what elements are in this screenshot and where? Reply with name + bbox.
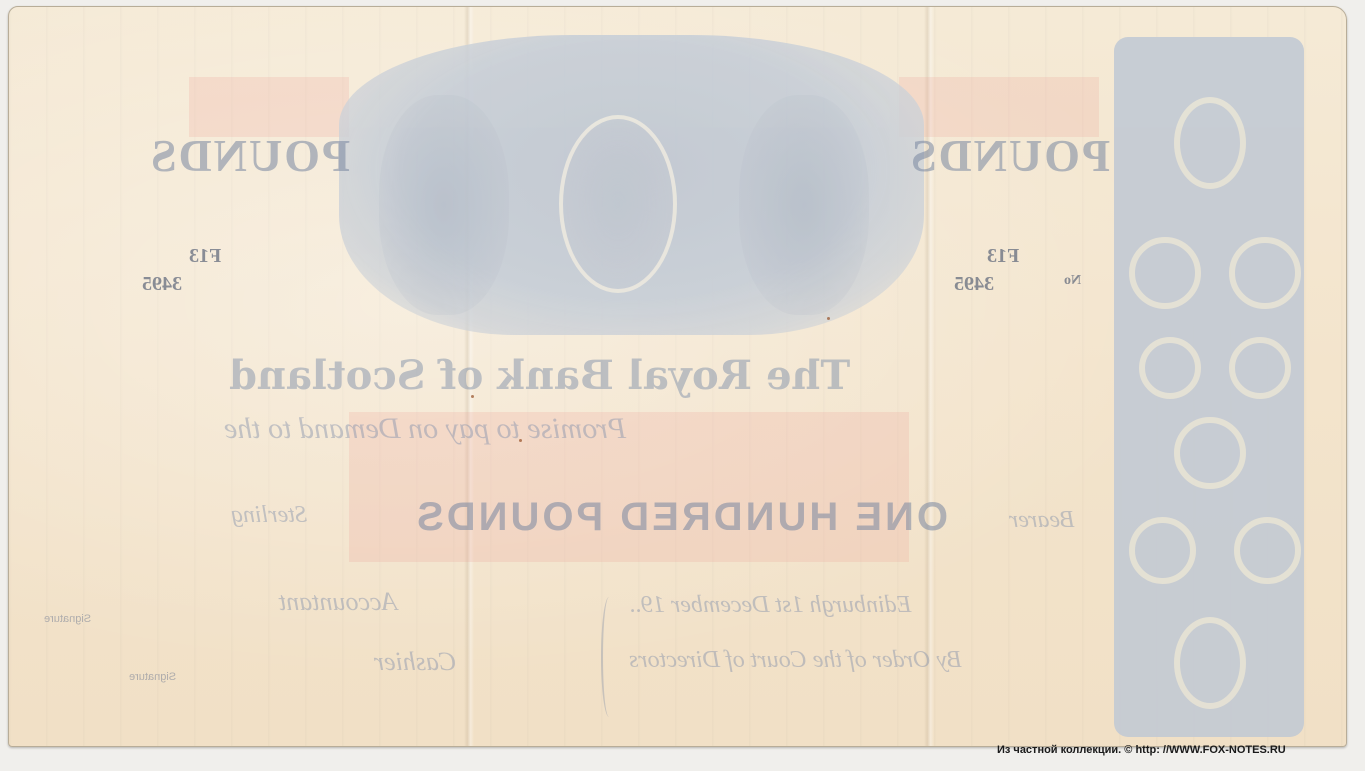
pounds-left: POUNDS <box>149 129 350 182</box>
central-vignette <box>339 35 924 335</box>
ornamental-side-panel <box>1114 37 1304 737</box>
serial-prefix-left: F13 <box>189 245 221 268</box>
by-order-line: By Order of the Court of Directors <box>629 647 962 674</box>
promise-line: Promise to pay on Demand to the <box>224 412 626 446</box>
signature-label-left-1: Signature <box>44 613 91 625</box>
signature-accountant: Accountant <box>279 587 397 617</box>
foxing-spot <box>827 317 830 320</box>
ornament-scroll <box>1174 97 1246 189</box>
banknote-reverse: POUNDS POUNDS F13 3495 F13 3495 No The R… <box>8 6 1347 747</box>
pounds-right: POUNDS <box>909 129 1110 182</box>
signature-cashier: Cashier <box>374 647 456 677</box>
red-underprint <box>189 77 349 137</box>
ornament-scroll <box>1174 417 1246 489</box>
allegorical-figure-left <box>379 95 509 315</box>
brace <box>601 597 617 717</box>
allegorical-figure-right <box>739 95 869 315</box>
ornament-scroll <box>1229 237 1301 309</box>
amount-words: ONE HUNDRED POUNDS <box>414 495 948 540</box>
ornament-scroll <box>1129 517 1196 584</box>
ornament-scroll <box>1174 617 1246 709</box>
ornament-scroll <box>1229 337 1291 399</box>
red-underprint <box>899 77 1099 137</box>
ornament-scroll <box>1234 517 1301 584</box>
bank-title: The Royal Bank of Scotland <box>229 352 850 399</box>
serial-number-left: 3495 <box>142 273 182 296</box>
signature-label-left-2: Signature <box>129 671 176 683</box>
collection-caption: Из частной коллекции. © http: //WWW.FOX-… <box>997 744 1286 756</box>
amount-suffix: Sterling <box>231 502 307 529</box>
foxing-spot <box>519 439 522 442</box>
serial-number-right: 3495 <box>954 273 994 296</box>
place-date: Edinburgh 1st December 19.. <box>629 592 911 619</box>
number-mark: No <box>1064 273 1081 289</box>
portrait-oval <box>559 115 677 293</box>
bearer-line: Bearer <box>1009 507 1075 534</box>
foxing-spot <box>471 395 474 398</box>
ornament-scroll <box>1129 237 1201 309</box>
serial-prefix-right: F13 <box>987 245 1019 268</box>
ornament-scroll <box>1139 337 1201 399</box>
